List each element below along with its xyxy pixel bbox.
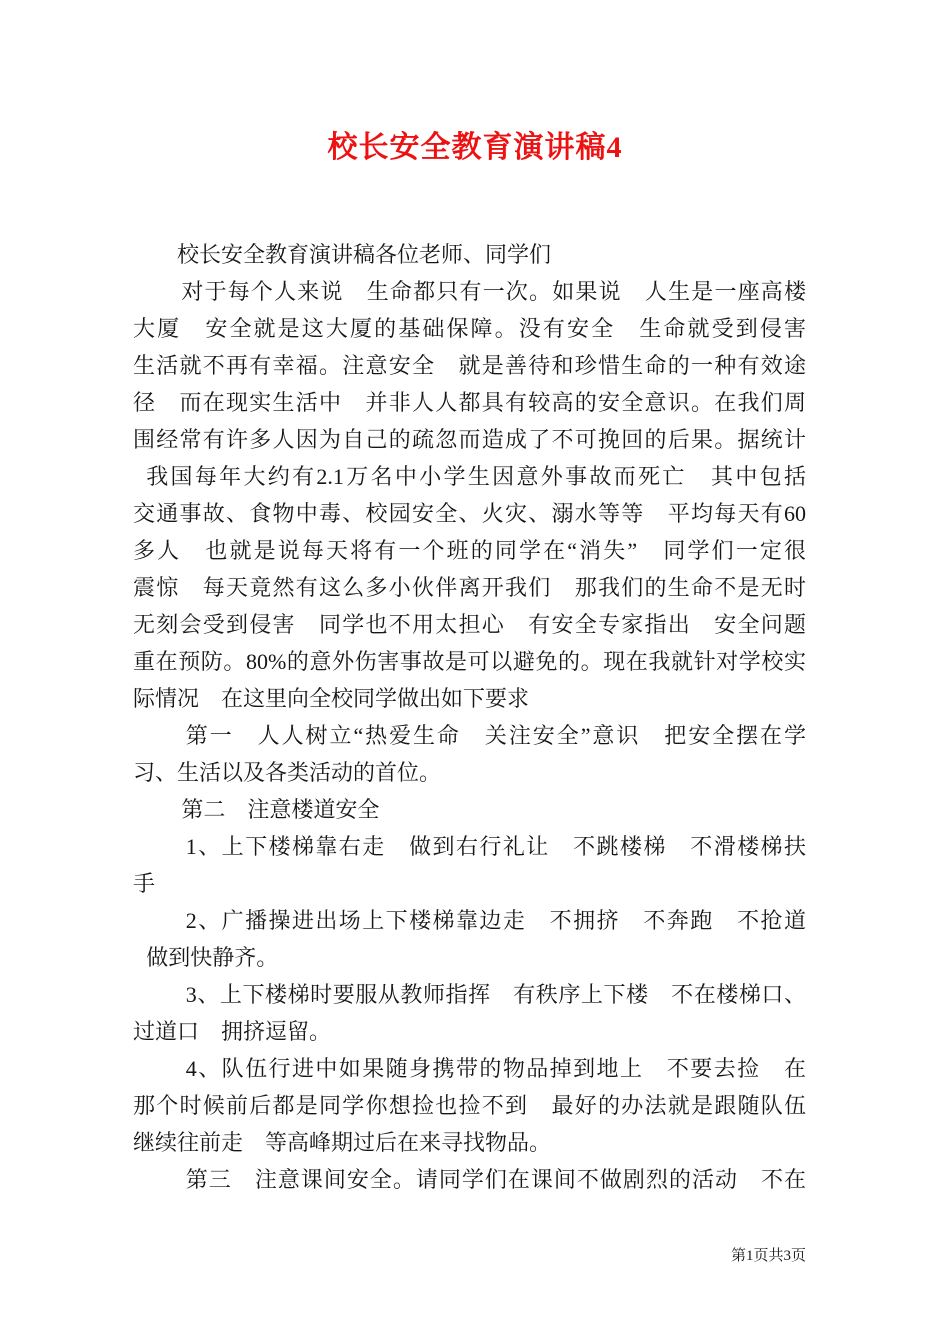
document-body: 校长安全教育演讲稿各位老师、同学们对于每个人来说 生命都只有一次。如果说 人生是… [133, 236, 806, 1198]
text-line: 重在预防。80%的意外伤害事故是可以避免的。现在我就针对学校实 [133, 643, 806, 680]
text-line: 4、队伍行进中如果随身携带的物品掉到地上 不要去捡 在 [133, 1050, 806, 1087]
text-line: 第二 注意楼道安全 [133, 791, 806, 828]
text-line: 第一 人人树立“热爱生命 关注安全”意识 把安全摆在学 [133, 717, 806, 754]
text-line: 多人 也就是说每天将有一个班的同学在“消失” 同学们一定很 [133, 532, 806, 569]
text-line: 校长安全教育演讲稿各位老师、同学们 [133, 236, 806, 273]
text-line: 过道口 拥挤逗留。 [133, 1013, 806, 1050]
text-line: 第三 注意课间安全。请同学们在课间不做剧烈的活动 不在 [133, 1161, 806, 1198]
text-line: 对于每个人来说 生命都只有一次。如果说 人生是一座高楼 [133, 273, 806, 310]
text-line: 2、广播操进出场上下楼梯靠边走 不拥挤 不奔跑 不抢道 [133, 902, 806, 939]
text-line: 那个时候前后都是同学你想捡也捡不到 最好的办法就是跟随队伍 [133, 1087, 806, 1124]
page-title: 校长安全教育演讲稿4 [0, 0, 950, 166]
page-number: 第1页共3页 [731, 1246, 806, 1266]
text-line: 生活就不再有幸福。注意安全 就是善待和珍惜生命的一种有效途 [133, 347, 806, 384]
document-page: 校长安全教育演讲稿4 校长安全教育演讲稿各位老师、同学们对于每个人来说 生命都只… [0, 0, 950, 1344]
text-line: 无刻会受到侵害 同学也不用太担心 有安全专家指出 安全问题 [133, 606, 806, 643]
text-line: 震惊 每天竟然有这么多小伙伴离开我们 那我们的生命不是无时 [133, 569, 806, 606]
text-line: 交通事故、食物中毒、校园安全、火灾、溺水等等 平均每天有60 [133, 495, 806, 532]
text-line: 际情况 在这里向全校同学做出如下要求 [133, 680, 806, 717]
text-line: 径 而在现实生活中 并非人人都具有较高的安全意识。在我们周 [133, 384, 806, 421]
text-line: 习、生活以及各类活动的首位。 [133, 754, 806, 791]
text-line: 围经常有许多人因为自己的疏忽而造成了不可挽回的后果。据统计 [133, 421, 806, 458]
text-line: 继续往前走 等高峰期过后在来寻找物品。 [133, 1124, 806, 1161]
text-line: 3、上下楼梯时要服从教师指挥 有秩序上下楼 不在楼梯口、 [133, 976, 806, 1013]
text-line: 手 [133, 865, 806, 902]
text-line: 1、上下楼梯靠右走 做到右行礼让 不跳楼梯 不滑楼梯扶 [133, 828, 806, 865]
text-line: 我国每年大约有2.1万名中小学生因意外事故而死亡 其中包括 [133, 458, 806, 495]
text-line: 做到快静齐。 [133, 939, 806, 976]
text-line: 大厦 安全就是这大厦的基础保障。没有安全 生命就受到侵害 [133, 310, 806, 347]
